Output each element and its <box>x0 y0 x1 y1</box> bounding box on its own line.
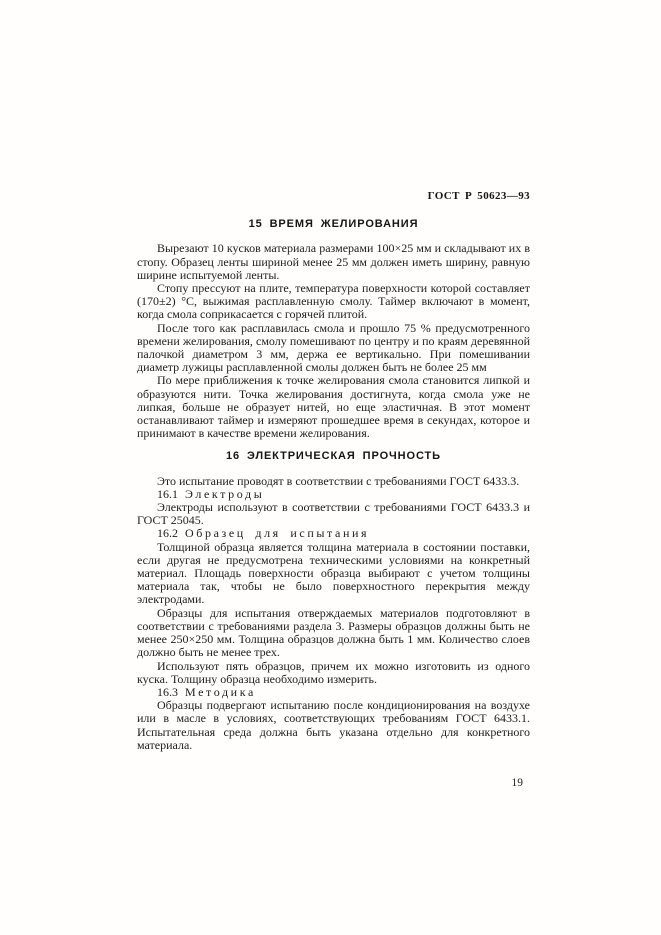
section-16-heading: 16 ЭЛЕКТРИЧЕСКАЯ ПРОЧНОСТЬ <box>137 450 530 463</box>
section-15-paragraph: По мере приближения к точке желирования … <box>137 374 530 440</box>
subsection-number: 16.3 <box>157 685 178 699</box>
subsection-number: 16.1 <box>157 487 178 501</box>
subsection-title: Электроды <box>185 487 264 501</box>
subsection-16-2-heading: 16.2Образец для испытания <box>137 527 530 540</box>
section-15-heading: 15 ВРЕМЯ ЖЕЛИРОВАНИЯ <box>137 218 530 231</box>
subsection-title: Методика <box>185 685 256 699</box>
subsection-16-1-paragraph: Электроды используют в соответствии с тр… <box>137 501 530 527</box>
section-15-paragraph: Вырезают 10 кусков материала размерами 1… <box>137 242 530 282</box>
subsection-16-2-paragraph: Используют пять образцов, причем их можн… <box>137 660 530 686</box>
subsection-16-3-paragraph: Образцы подвергают испытанию после конди… <box>137 699 530 752</box>
section-15-paragraph: После того как расплавилась смола и прош… <box>137 322 530 375</box>
gost-document-page: ГОСТ Р 50623—93 15 ВРЕМЯ ЖЕЛИРОВАНИЯ Выр… <box>0 0 661 935</box>
page-number: 19 <box>137 777 530 790</box>
subsection-title: Образец для испытания <box>185 526 369 540</box>
subsection-16-2-paragraph: Образцы для испытания отверждаемых матер… <box>137 607 530 660</box>
doc-number: ГОСТ Р 50623—93 <box>137 190 530 203</box>
subsection-16-2-paragraph: Толщиной образца является толщина матери… <box>137 541 530 607</box>
section-15-paragraph: Стопу прессуют на плите, температура пов… <box>137 282 530 322</box>
subsection-number: 16.2 <box>157 526 178 540</box>
page-content: ГОСТ Р 50623—93 15 ВРЕМЯ ЖЕЛИРОВАНИЯ Выр… <box>137 190 530 790</box>
